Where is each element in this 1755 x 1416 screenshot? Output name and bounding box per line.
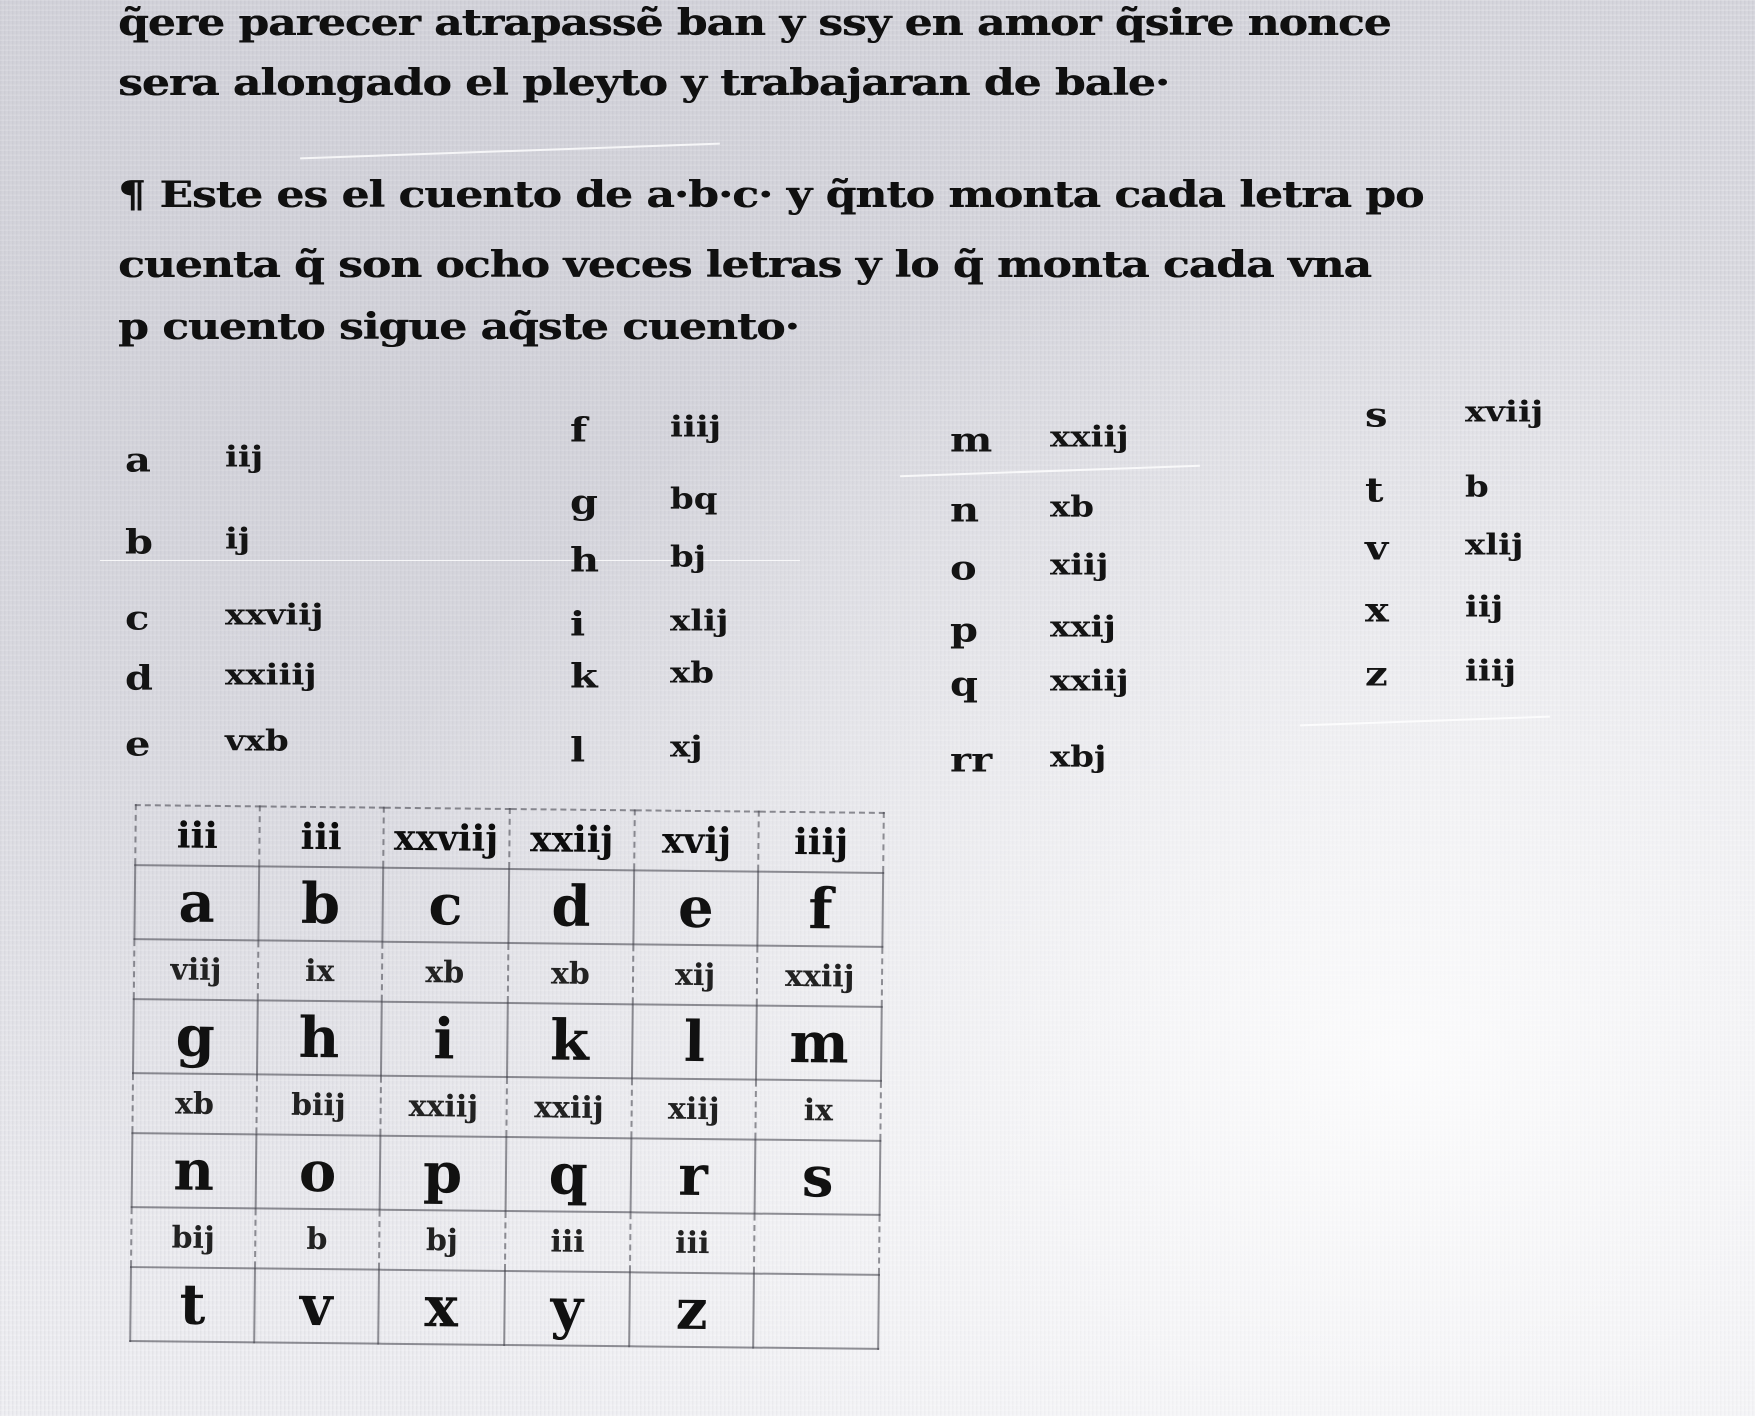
table-cell: q [505, 1137, 631, 1212]
table-cell: xxiij [506, 1077, 632, 1138]
table-cell: y [504, 1271, 630, 1346]
table-row-numbers: viij ix xb xb xij xxiij [134, 939, 883, 1007]
prose-line-4: cuenta q̃ son ocho veces letras y lo q̃ … [118, 244, 1371, 286]
table-cell: l [632, 1004, 757, 1079]
table-cell: ix [258, 940, 383, 1001]
table-cell: m [756, 1006, 881, 1081]
table-cell: b [255, 1208, 380, 1269]
table-cell: iii [630, 1212, 755, 1273]
table-cell: s [755, 1140, 880, 1215]
table-cell: xij [633, 944, 758, 1005]
table-cell: iii [259, 806, 384, 867]
table-cell: z [629, 1272, 754, 1347]
table-cell: iii [135, 805, 259, 866]
table-cell: xxiij [509, 809, 635, 870]
table-cell: p [379, 1136, 506, 1211]
prose-line-2: sera alongado el pleyto y trabajaran de … [118, 62, 1169, 104]
table-cell [754, 1274, 879, 1349]
paragraph-mark-icon: ¶ [118, 174, 145, 216]
table-cell: f [758, 872, 883, 947]
table-cell: iiij [759, 812, 884, 873]
scan-artifact [900, 465, 1200, 477]
table-cell: ix [756, 1080, 881, 1141]
table-cell: biij [256, 1074, 381, 1135]
table-cell: e [633, 870, 758, 945]
table-row-numbers: xb biij xxiij xxiij xiij ix [132, 1073, 881, 1141]
prose-line-1: q̃ere parecer atrapassẽ ban y ssy en amo… [118, 2, 1391, 44]
table-cell: iii [505, 1211, 631, 1272]
table-cell: g [133, 999, 258, 1074]
table-cell: o [255, 1134, 380, 1209]
table-cell: xxiij [380, 1076, 507, 1137]
table-cell: i [381, 1002, 508, 1077]
table-row-letters: a b c d e f [134, 865, 883, 947]
manuscript-page: q̃ere parecer atrapassẽ ban y ssy en amo… [0, 0, 1755, 1416]
table-cell: xiij [631, 1078, 756, 1139]
prose-line-3-text: Este es el cuento de a·b·c· y q̃nto mont… [159, 174, 1423, 216]
table-cell [754, 1214, 879, 1275]
table-cell: xb [507, 943, 633, 1004]
table-row-letters: n o p q r s [132, 1133, 881, 1215]
prose-line-3: ¶ Este es el cuento de a·b·c· y q̃nto mo… [118, 174, 1423, 216]
table-cell: xvij [634, 810, 759, 871]
table-cell: t [130, 1267, 255, 1342]
table-cell: k [507, 1003, 633, 1078]
prose-line-5: p cuento sigue aq̃ste cuento· [118, 306, 799, 348]
table-cell: bj [379, 1210, 506, 1271]
table-cell: xb [132, 1073, 256, 1134]
table-cell: h [257, 1000, 382, 1075]
table-cell: bij [131, 1207, 255, 1268]
table-cell: xxiij [757, 946, 882, 1007]
table-cell: b [258, 866, 383, 941]
table-cell: viij [134, 939, 258, 1000]
table-cell: n [132, 1133, 257, 1208]
table-row-letters: g h i k l m [133, 999, 882, 1081]
table-cell: xxviij [383, 808, 510, 869]
table-row-numbers: bij b bj iii iii [131, 1207, 880, 1275]
scan-artifact [1300, 716, 1550, 727]
table-cell: x [378, 1270, 505, 1345]
table-cell: c [382, 868, 509, 943]
table-cell: v [254, 1268, 379, 1343]
table-row-header: iii iii xxviij xxiij xvij iiij [135, 805, 884, 873]
table-cell: r [630, 1138, 755, 1213]
scan-artifact [300, 143, 720, 160]
table-cell: xb [381, 942, 508, 1003]
cipher-table: iii iii xxviij xxiij xvij iiij a b c d e… [129, 804, 885, 1350]
table-row-letters: t v x y z [130, 1267, 879, 1349]
table-cell: d [508, 869, 634, 944]
table-cell: a [134, 865, 259, 940]
